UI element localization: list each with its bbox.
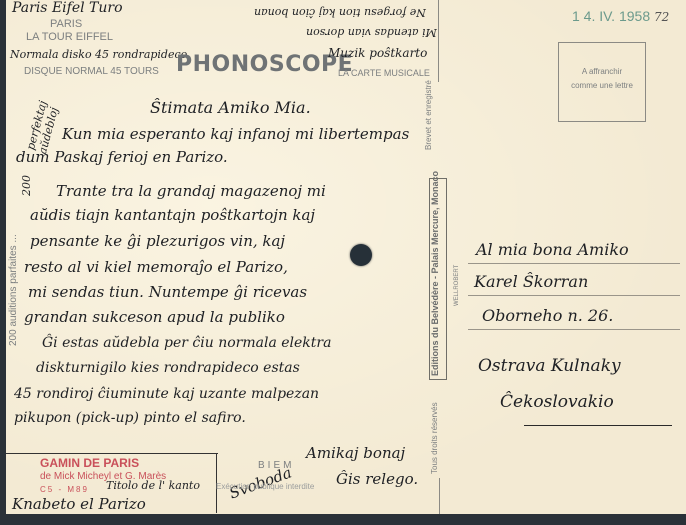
margin-handwritten-3: 200 [20,175,33,196]
handwritten-caption: Paris Eifel Turo [12,0,123,16]
handwritten-song-label: Titolo de l' kanto [106,479,200,492]
handwritten-format: Normala disko 45 rondrapideco [10,48,187,61]
address-line5: Ĉekoslovakio [500,392,614,412]
stamp-box-line2: comme une lettre [559,81,645,90]
message-line: diskturnigilo kies rondrapideco estas [36,360,300,376]
printed-city: PARIS [50,18,82,30]
handwritten-upside-2: Mi atendas vian dorson [306,26,437,39]
message-line: grandan sukceson apud la publiko [24,308,285,326]
printed-format: DISQUE NORMAL 45 TOURS [24,66,159,77]
handwritten-song-translation: Knabeto el Parizo [12,495,146,513]
stamp-box: A affranchir comme une lettre [558,42,646,122]
address-line2: Karel Ŝkorran [474,272,588,291]
performance-notice: Exécution publique interdite [216,482,314,491]
divider-top-text: Brevet et enregistré [424,80,433,150]
message-line: Kun mia esperanto kaj infanoj mi liberte… [62,125,409,143]
message-line: dum Paskaj ferioj en Parizo. [16,148,228,166]
address-rule [468,263,680,264]
message-line: mi sendas tiun. Nuntempe ĝi ricevas [28,283,307,301]
address-line4: Ostrava Kulnaky [478,356,621,376]
top-divider [438,0,439,82]
postmark-date-text: 1 4. IV. 1958 [572,8,650,24]
message-line: 45 rondiroj ĉiuminute kaj uzante malpeza… [14,386,319,402]
address-line1: Al mia bona Amiko [476,240,629,259]
postcard: Paris Eifel Turo PARIS LA TOUR EIFFEL No… [6,0,686,514]
message-closing-1: Amikaj bonaj [306,444,405,462]
postmark-date: 1 4. IV. 1958 72 [572,8,669,24]
title-block-rule [6,453,218,454]
address-underline [524,425,672,426]
address-line3: Oborneho n. 26. [482,306,613,325]
postmark-suffix: 72 [654,10,669,24]
printed-subject: LA TOUR EIFFEL [26,31,113,43]
message-line: Ĝi estas aŭdebla per ĉiu normala elektra [42,335,331,351]
divider-bottom-text: Tous droits réservés [430,402,439,474]
message-line: Trante tra la grandaj magazenoj mi [56,182,326,200]
printer-text: WELLROBERT [454,265,460,306]
message-greeting: Ŝtimata Amiko Mia. [150,98,311,117]
message-line: pikupon (pick-up) pinto el safiro. [14,410,246,426]
song-catalog: C5 - M89 [40,485,89,494]
address-rule [468,295,680,296]
handwritten-upside-1: Ne forgesu tion kaj ĉion bonan [254,6,426,19]
message-closing-2: Ĝis relego. [336,470,418,488]
margin-printed: 200 auditions parfaites ... [8,234,19,346]
printed-label: LA CARTE MUSICALE [338,68,430,78]
bottom-divider [439,478,440,514]
handwritten-label: Muzik poŝtkarto [328,46,427,60]
brand-logo: PHONOSCOPE [176,52,353,77]
stamp-box-line1: A affranchir [559,67,645,76]
biem-label: BIEM [258,460,294,471]
message-line: aŭdis tiajn kantantajn poŝtkartojn kaj [30,206,315,224]
record-spindle-hole [350,244,372,266]
song-title: GAMIN DE PARIS [40,456,139,470]
publisher-text: Editions du Belvédère - Palais Mercure, … [430,178,440,376]
message-line: resto al vi kiel memoraĵo el Parizo, [24,258,288,276]
address-rule [468,329,680,330]
message-line: pensante ke ĝi plezurigos vin, kaj [30,232,285,250]
